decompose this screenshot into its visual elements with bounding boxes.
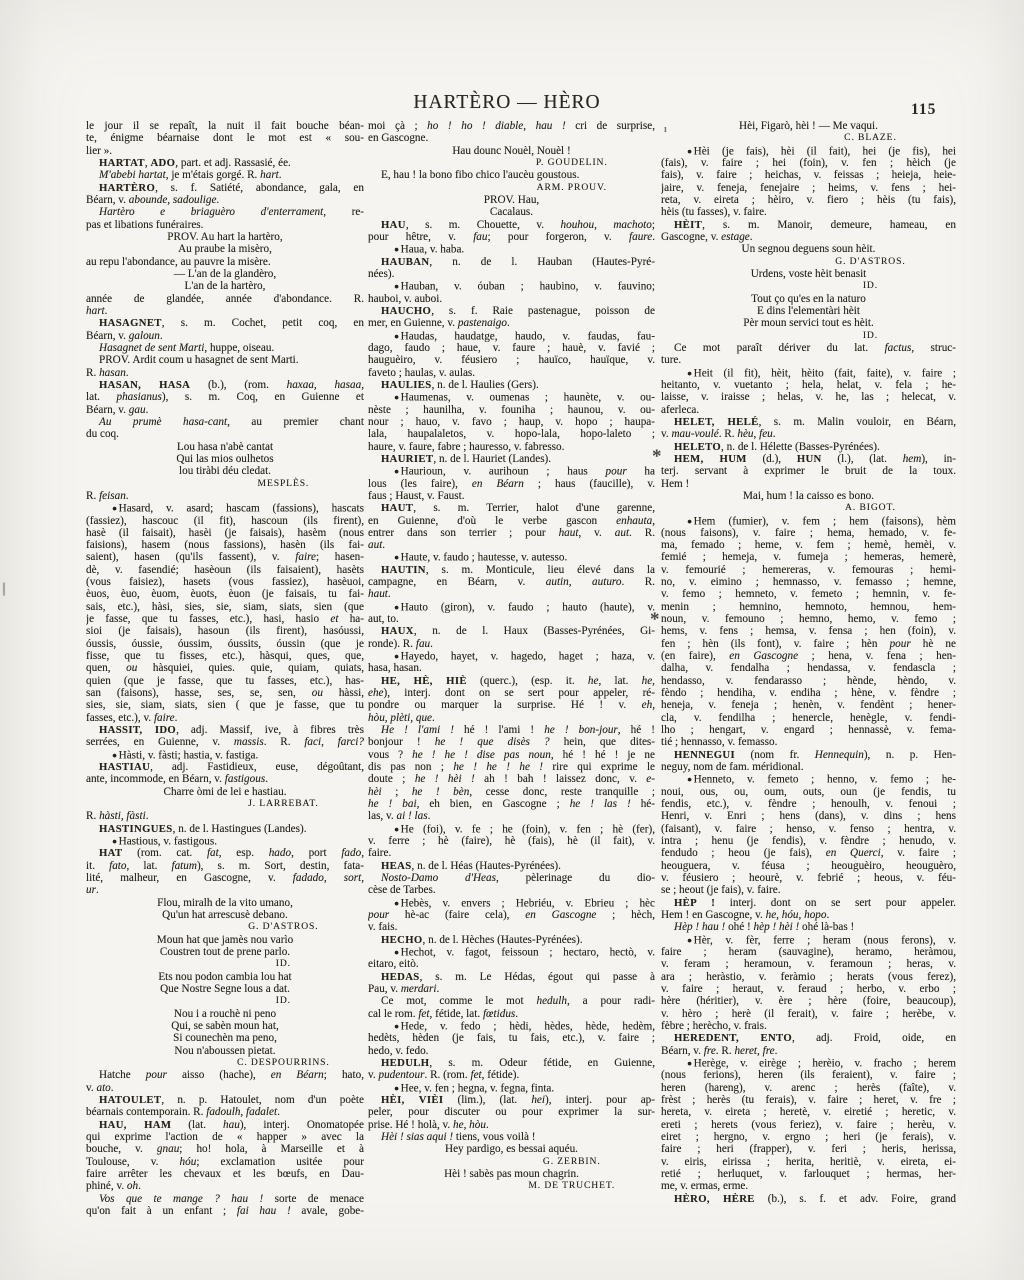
text-line: fèndo ; hendiha, v. endiha ; hène, v. fè… [661, 687, 956, 699]
text-line: tié ; hennasso, v. femasso. [661, 736, 956, 748]
text-line: pour hè-ac (faire cela), en Gascogne ; h… [368, 909, 655, 921]
text-line: Vos que te mange ? hau ! sorte de menace [86, 1193, 364, 1205]
text-line: Ets nou podon cambia lou hat [86, 971, 364, 983]
text-line: R. hàsti, fàsti. [86, 810, 364, 822]
text-line: Béarn, v. gau. [86, 404, 364, 416]
text-line: dalha, v. fendalha ; hendassa, v. fendas… [661, 662, 956, 674]
text-line: faire ; heram (sauvagine), heramo, heràm… [661, 946, 956, 958]
text-line: (nous faisons), v. faire ; hema, hemado,… [661, 527, 956, 539]
text-line: béarnais contemporain. R. fadoulh, fadal… [86, 1106, 364, 1118]
entry-bullet-icon: ● [381, 946, 399, 958]
text-line: no, v. eimino ; hemnasso, v. femasso ; h… [661, 576, 956, 588]
text-line: bonjour ! he ! que disès ? hein, que dit… [368, 736, 655, 748]
text-line: ●Hechot, v. fagot, feissoun ; hectaro, h… [368, 946, 655, 958]
text-line: ●Haumenas, v. oumenas ; haunète, v. ou- [368, 391, 655, 403]
text-line: v. ferre ; hè (faire), hè (fais), hè (il… [368, 835, 655, 847]
text-line: ture. [661, 354, 956, 366]
text-line: HAU, HAM (lat. hau), interj. Onomatopée [86, 1119, 364, 1131]
text-line: nées). [368, 268, 655, 280]
text-line: HARTAT, ADO, part. et adj. Rassasié, ée. [86, 157, 364, 169]
text-line: neguy, nom de fam. méridional. [661, 761, 956, 773]
text-line: ID. [86, 958, 364, 970]
text-line: Hatche pour aisso (hache), en Béarn; hat… [86, 1069, 364, 1081]
text-line: bouche, v. gnau; ho! hola, à Marseille e… [86, 1143, 364, 1155]
entry-bullet-icon: ● [674, 515, 692, 527]
text-line: PROV. Au hart la hartèro, [86, 231, 364, 243]
text-line: Flou, miralh de la vito umano, [86, 897, 364, 909]
text-line: HATOULET, n. p. Hatoulet, nom d'un poète [86, 1094, 364, 1106]
text-line: ●He (foi), v. fe ; he (foin), v. fen ; h… [368, 823, 655, 835]
entry-bullet-icon: ● [99, 502, 117, 514]
text-line: HASAN, HASA (b.), (rom. haxaa, hasaa, [86, 379, 364, 391]
text-line: doute ; he ! hèi ! ah ! bah ! laissez do… [368, 773, 655, 785]
text-line: HEDAS, s. m. Le Hédas, égout qui passe à [368, 971, 655, 983]
text-line: peler, pour discuter ou pour exprimer la… [368, 1106, 655, 1118]
text-line: v. femourié ; hemereras, v. femouras ; h… [661, 564, 956, 576]
text-line: HELET, HELÉ, s. m. Malin vouloir, en Béa… [661, 416, 956, 428]
text-line: entrer dans son terrier ; pour haut, v. … [368, 527, 655, 539]
text-line: heitanto, v. vuetanto ; hela, helat, v. … [661, 379, 956, 391]
text-line: M. DE TRUCHET. [368, 1180, 655, 1192]
text-line: nour ; hauo, v. favo ; haup, v. hopo ; h… [368, 416, 655, 428]
text-line: A. BIGOT. [661, 502, 956, 514]
text-line: HÈIT, s. m. Manoir, demeure, hameau, en [661, 219, 956, 231]
text-line: année de glandée, année d'abondance. R. [86, 293, 364, 305]
text-line: lou tiràbi déu cledat. [86, 465, 364, 477]
text-line: ●Hastious, v. fastigous. [86, 835, 364, 847]
text-line: Cacalaus. [368, 206, 655, 218]
text-line: noun, v. femouno ; hemno, hemo, v. femo … [661, 613, 956, 625]
text-line: HAUTIN, s. m. Monticule, lieu élevé dans… [368, 564, 655, 576]
text-line: en Gascogne. [368, 132, 655, 144]
text-line: ehe), interj. dont on se sert pour appel… [368, 687, 655, 699]
text-line: ●Heit (il fit), hèit, hèito (fait, faite… [661, 367, 956, 379]
text-line: femié ; hemeja, v. fumeja ; hemeras, hem… [661, 551, 956, 563]
text-line: ma, femado ; heme, v. fem ; hemè, hemèi,… [661, 539, 956, 551]
text-line: Hem ! en Gascogne, v. he, hóu, hopo. [661, 909, 956, 921]
text-line: jaire, v. feneja, fenejaire ; heims, v. … [661, 182, 956, 194]
text-line: v. féusiero ; heourè, v. febrié ; heous,… [661, 872, 956, 884]
text-line: hère (héritier), v. ère ; hère (foire, b… [661, 995, 956, 1007]
text-line: faisions), hasem (nous fassions), hasèn … [86, 539, 364, 551]
entry-bullet-icon: ● [99, 835, 117, 847]
text-line: HAUCHO, s. f. Raie pastenague, poisson d… [368, 305, 655, 317]
text-line: G. D'ASTROS. [86, 921, 364, 933]
entry-bullet-icon: ● [674, 1057, 692, 1069]
text-line: (en faire), en Gascogne ; hena, v. fena … [661, 650, 956, 662]
text-line: C. DESPOURRINS. [86, 1057, 364, 1069]
text-line: v. fais. [368, 921, 655, 933]
text-line: ●Hèr, v. fèr, ferre ; heram (nous ferons… [661, 934, 956, 946]
text-line: hauguèiro, v. féusiero ; hauïco, hauïque… [368, 354, 655, 366]
text-line: Gascogne, v. estage. [661, 231, 956, 243]
text-line: Lou hasa n'abè cantat [86, 441, 364, 453]
text-line: cal le rom. fet, fétide, lat. fœtidus. [368, 1008, 655, 1020]
entry-bullet-icon: ● [381, 391, 399, 403]
text-line: faire. [368, 847, 655, 859]
text-line: Coustren tout de prene parlo. [86, 946, 364, 958]
text-line: P. GOUDELIN. [368, 157, 655, 169]
text-line: Hasagnet de sent Marti, huppe, oiseau. [86, 342, 364, 354]
text-line: hereta, v. eireta ; heretè, v. eiretié ;… [661, 1106, 956, 1118]
text-line: HÈRO, HÈRE (b.), s. f. et adv. Foire, gr… [661, 1193, 956, 1205]
text-line: fais), v. faire ; heichas, v. feissas ; … [661, 169, 956, 181]
text-line: HELETO, n. de l. Hélette (Basses-Pyrénée… [661, 441, 956, 453]
text-line: je fasse, que tu fasses, etc.), hasi, ha… [86, 613, 364, 625]
text-line: hedèts, hèden (je fais, tu fais, etc.), … [368, 1032, 655, 1044]
text-line: Moun hat que jamès nou varìo [86, 934, 364, 946]
text-line: sies, sie, siam, siats, sien ( que je fa… [86, 699, 364, 711]
text-line: dago, faudo ; haue, v. faure ; hauè, v. … [368, 342, 655, 354]
text-line: hòu, plèti, que. [368, 712, 655, 724]
entry-bullet-icon: ● [381, 601, 399, 613]
text-line: ●Hasard, v. asard; hascam (fassions), ha… [86, 502, 364, 514]
text-line: laisse, v. iraisse ; helas, v. he, las ;… [661, 391, 956, 403]
text-line: nèste ; haunilha, v. founiha ; haunou, v… [368, 404, 655, 416]
text-line: R. feisan. [86, 490, 364, 502]
text-line: lala, haupalaletos, v. hopo-lala, hopo-l… [368, 428, 655, 440]
text-line: J. LARREBAT. [86, 798, 364, 810]
text-line: ante, incommode, en Béarn, v. fastigous. [86, 773, 364, 785]
text-line: R. hasan. [86, 367, 364, 379]
text-line: san (faisons), hasse, ses, se, sen, ou h… [86, 687, 364, 699]
text-line: te, énigme béarnaise dont le mot est « s… [86, 132, 364, 144]
text-line: lier ». [86, 145, 364, 157]
entry-bullet-icon: ● [381, 1020, 399, 1032]
text-line: (vous faisiez), hasets (vous fassiez), h… [86, 576, 364, 588]
text-line: v. eiris, eirissa ; herita, heritiè, v. … [661, 1156, 956, 1168]
text-line: reta, v. eireta ; hèiro, v. fiero ; hèis… [661, 194, 956, 206]
text-line: mer, en Guienne, v. pastenaigo. [368, 317, 655, 329]
text-line: HASAGNET, s. m. Cochet, petit coq, en [86, 317, 364, 329]
text-line: Ce mot paraît dériver du lat. factus, st… [661, 342, 956, 354]
text-line: (faisant), v. faire ; henso, v. fenso ; … [661, 823, 956, 835]
text-line: HAUBAN, n. de l. Hauban (Hautes-Pyré- [368, 256, 655, 268]
text-line: HAUT, s. m. Terrier, halot d'une garenne… [368, 502, 655, 514]
text-line: sais, etc.), hàsi, sies, sie, siam, siat… [86, 601, 364, 613]
page-header-title: HARTÈRO — HÈRO [0, 92, 1019, 114]
text-line: ●Haurioun, v. aurihoun ; haus pour ha [368, 465, 655, 477]
text-line: ●Hàsti, v. fàsti; hastia, v. fastiga. [86, 749, 364, 761]
text-line: E, hau ! la bono fibo chico l'aucèu gous… [368, 169, 655, 181]
text-line: ID. [86, 995, 364, 1007]
text-line: Qui las mios oulhetos [86, 453, 364, 465]
text-line: v. faire ; heraut, v. feraud ; herbo, v.… [661, 983, 956, 995]
text-line: óussis, óussie, óussim, óussits, óussin … [86, 638, 364, 650]
dictionary-column-1: le jour il se repaît, la nuit il fait bo… [86, 120, 364, 1217]
entry-bullet-icon: ● [381, 280, 399, 292]
text-line: cèse de Tarbes. [368, 884, 655, 896]
text-line: HENNEGUI (nom fr. Hennequin), n. p. Hen- [661, 749, 956, 761]
text-line: Hem ! [661, 478, 956, 490]
text-line: ID. [661, 280, 956, 292]
text-line: v. hèro ; herè (il ferait), v. faire ; h… [661, 1008, 956, 1020]
text-line: intra ; henu (je fendis), v. fèndre ; he… [661, 835, 956, 847]
text-line: Béarn, v. fre. R. heret, fre. [661, 1045, 956, 1057]
text-line: HEAS, n. de l. Héas (Hautes-Pyrénées). [368, 860, 655, 872]
text-line: retié ; herluquet, v. farlouquet ; herma… [661, 1168, 956, 1180]
text-line: Pau, v. merdari. [368, 983, 655, 995]
text-line: HAULIES, n. de l. Haulies (Gers). [368, 379, 655, 391]
page-number: 115 [911, 101, 936, 119]
text-line: E dins l'elementàri hèit [661, 305, 956, 317]
text-line: cla, v. fendilha ; henercle, henègle, v.… [661, 712, 956, 724]
entry-bullet-icon: ● [381, 1082, 399, 1094]
text-line: HÈI, VIÈI (lim.), (lat. hei), interj. po… [368, 1094, 655, 1106]
text-line: en Guienne, d'où le verbe gascon enhauta… [368, 515, 655, 527]
text-line: ●Henneto, v. femeto ; henno, v. femo ; h… [661, 773, 956, 785]
text-line: G. D'ASTROS. [661, 256, 956, 268]
text-line: fendudo ; heou (je fais), en Querci, v. … [661, 847, 956, 859]
text-line: HASTIAU, adj. Fastidieux, euse, dégoûtan… [86, 761, 364, 773]
text-line: ●Hauto (giron), v. faudo ; hauto (haute)… [368, 601, 655, 613]
text-line: hèi ; he ! bèn, cesse donc, reste tranqu… [368, 786, 655, 798]
entry-bullet-icon: ● [381, 897, 399, 909]
text-line: ARM. PROUV. [368, 182, 655, 194]
text-line: MESPLÈS. [86, 478, 364, 490]
text-line: Si counechèn ma peno, [86, 1032, 364, 1044]
text-line: qu'on fait à un enfant ; fai hau ! avale… [86, 1205, 364, 1217]
gutter-asterisk-bottom: * [650, 609, 660, 631]
entry-bullet-icon: ● [674, 367, 692, 379]
text-line: haut. [368, 588, 655, 600]
text-line: he ! bai, eh bien, en Gascogne ; he ! la… [368, 798, 655, 810]
text-line: faus ; Haust, v. Faust. [368, 490, 655, 502]
text-line: Hèi, Figarò, hèi ! — Me vaqui. [661, 120, 956, 132]
entry-bullet-icon: ● [381, 650, 399, 662]
text-line: HAURIET, n. de l. Hauriet (Landes). [368, 453, 655, 465]
text-line: ID. [661, 330, 956, 342]
text-line: M'abebi hartat, je m'étais gorgé. R. har… [86, 169, 364, 181]
text-line: ara ; heràstio, v. feràmio ; herats (vou… [661, 971, 956, 983]
text-line: sioi (je faisais), hasoun (ils firent), … [86, 625, 364, 637]
text-line: hems, v. fens ; hemsa, v. fensa ; hen (f… [661, 625, 956, 637]
text-line: ●Hede, v. fedo ; hèdi, hèdes, hède, hedè… [368, 1020, 655, 1032]
text-line: ●Haute, v. faudo ; hautesse, v. autesso. [368, 551, 655, 563]
text-line: v. feram ; heramoun, v. feramoun ; heras… [661, 958, 956, 970]
text-line: ronde). R. fau. [368, 638, 655, 650]
text-line: HAUX, n. de l. Haux (Basses-Pyrénées, Gi… [368, 625, 655, 637]
text-line: quien (que je fasse, que tu fasses, etc.… [86, 675, 364, 687]
text-line: heren (hareng), v. arenc ; herès (faîte)… [661, 1082, 956, 1094]
text-line: eiret ; hergno, v. ergno ; heri (je fera… [661, 1131, 956, 1143]
text-line: saient), hasen (qu'ils fassent), v. fair… [86, 551, 364, 563]
text-line: heneja, v. feneja ; henèn, v. fendènt ; … [661, 699, 956, 711]
text-line: Hèi ! sias aqui ! tiens, vous voilà ! [368, 1131, 655, 1143]
text-line: lho ; hengart, v. engard ; hennassè, v. … [661, 724, 956, 736]
text-line: ur. [86, 884, 364, 896]
text-line: ereti ; herets (vous feriez), v. faire ;… [661, 1119, 956, 1131]
entry-bullet-icon: ● [99, 749, 117, 761]
text-line: ●Hauban, v. óuban ; haubino, v. fauvino; [368, 280, 655, 292]
text-line: dis pas non ; he ! he ! he ! rire qui ex… [368, 761, 655, 773]
text-line: aferleca. [661, 404, 956, 416]
stray-ink-mark: ı [664, 124, 667, 135]
text-line: fèbre ; herècho, v. frais. [661, 1020, 956, 1032]
text-line: L'an de la hartèro, [86, 280, 364, 292]
text-line: hart. [86, 305, 364, 317]
text-line: v. femo ; hemneto, v. femeto ; hemnin, v… [661, 588, 956, 600]
text-line: hauboi, v. auboi. [368, 293, 655, 305]
text-line: HEREDENT, ENTO, adj. Froid, oide, en [661, 1032, 956, 1044]
text-line: Nou n'aboussen pietat. [86, 1045, 364, 1057]
text-line: terj. servant à exprimer le bruit de la … [661, 465, 956, 477]
text-line: noui, ous, ou, oum, outs, oun (je fendis… [661, 786, 956, 798]
text-line: frèst ; herès (tu ferais), v. faire ; he… [661, 1094, 956, 1106]
text-line: lité, malheur, en Gascogne, v. fadado, s… [86, 872, 364, 884]
text-line: Tout ço qu'es en la naturo [661, 293, 956, 305]
entry-bullet-icon: ● [674, 773, 692, 785]
entry-bullet-icon: ● [381, 330, 399, 342]
text-line: hedo, v. fedo. [368, 1045, 655, 1057]
text-line: pondre ou marquer la surprise. Hé ! v. e… [368, 699, 655, 711]
text-line: HECHO, n. de l. Hèches (Hautes-Pyrénées)… [368, 934, 655, 946]
gutter-asterisk-top: * [652, 446, 662, 468]
text-line: Au praube la misèro, [86, 243, 364, 255]
text-line: faire arrêter les chevaux et les bœufs, … [86, 1168, 364, 1180]
text-line: hasa, hasan. [368, 662, 655, 674]
text-line: HASTINGUES, n. de l. Hastingues (Landes)… [86, 823, 364, 835]
text-line: dè, v. fasendié; hasèoun (ils faisaient)… [86, 564, 364, 576]
text-line: le jour il se repaît, la nuit il fait bo… [86, 120, 364, 132]
text-line: Toulouse, v. hóu; exclamation usitée pou… [86, 1156, 364, 1168]
text-line: qui exprime l'action de « happer » avec … [86, 1131, 364, 1143]
edge-smudge: ▎ [3, 583, 11, 596]
text-line: v. mau-voulé. R. hèu, feu. [661, 428, 956, 440]
text-line: hasè (il faisait), hasèi (je faisais), h… [86, 527, 364, 539]
text-line: Que Nostre Segne lous a dat. [86, 983, 364, 995]
text-line: lat. phasianus), s. m. Coq, en Guienne e… [86, 391, 364, 403]
entry-bullet-icon: ● [381, 551, 399, 563]
text-line: (fais), v. faire ; hei (foin), v. fen ; … [661, 157, 956, 169]
text-line: Nosto-Damo d'Heas, pèlerinage du dio- [368, 872, 655, 884]
text-line: ●Haua, v. haba. [368, 243, 655, 255]
text-line: HEDULH, s. m. Odeur fétide, en Guienne, [368, 1057, 655, 1069]
text-line: quen, ou hàsquiei, quies. quie, quiam, q… [86, 662, 364, 674]
text-line: campagne, en Béarn, v. autin, auturo. R. [368, 576, 655, 588]
text-line: las, v. ai ! las. [368, 810, 655, 822]
text-line: hèis (tu fasses), v. faire. [661, 206, 956, 218]
text-line: PROV. Hau, [368, 194, 655, 206]
dictionary-column-3: Hèi, Figarò, hèi ! — Me vaqui.C. BLAZE.●… [661, 120, 956, 1205]
text-line: v. ato. [86, 1082, 364, 1094]
text-line: Qui, se sabèn moun hat, [86, 1020, 364, 1032]
text-line: fen ; hèn (ils font), v. faire ; hèn pou… [661, 638, 956, 650]
text-line: Henri, v. Enri ; hens (dans), v. dins ; … [661, 810, 956, 822]
text-line: phiné, v. oh. [86, 1180, 364, 1192]
text-line: èuos, èuo, èuom, èuots, èuon (je faisais… [86, 588, 364, 600]
text-line: Urdens, voste hèit benasit [661, 268, 956, 280]
text-line: ●Hèi (je fais), hèi (il fait), hei (je f… [661, 145, 956, 157]
text-line: pas et libations funéraires. [86, 219, 364, 231]
text-line: faire ; heri (frapper), v. feri ; heris,… [661, 1143, 956, 1155]
text-line: eitaro, eitò. [368, 958, 655, 970]
text-line: pour hêtre, v. fau; pour forgeron, v. fa… [368, 231, 655, 243]
text-line: lous (les faire), en Béarn ; haus (fauci… [368, 478, 655, 490]
text-line: faveto ; haulas, v. aulas. [368, 367, 655, 379]
text-line: me, v. ermas, erme. [661, 1180, 956, 1192]
text-line: it. fato, lat. fatum), s. m. Sort, desti… [86, 860, 364, 872]
text-line: prise. Hé ! holà, v. he, hòu. [368, 1119, 655, 1131]
text-line: serrées, en Guienne, v. massis. R. faci,… [86, 736, 364, 748]
text-line: fendis, etc.), v. fèndre ; henoulh, v. f… [661, 798, 956, 810]
text-line: Nou i a rouchè ni peno [86, 1008, 364, 1020]
text-line: du coq. [86, 428, 364, 440]
text-line: au repu l'abondance, au pauvre la misère… [86, 256, 364, 268]
text-line: (fassiez), hascouc (il fit), hascoun (il… [86, 515, 364, 527]
text-line: aut. [368, 539, 655, 551]
text-line: aut, to. [368, 613, 655, 625]
text-line: (nous ferions), heren (ils feraient), v.… [661, 1069, 956, 1081]
text-line: HASSIT, IDO, adj. Massif, ive, à fibres … [86, 724, 364, 736]
text-line: hendasso, v. fendarasso ; hènde, hèndo, … [661, 675, 956, 687]
text-line: v. pudentour. R. (rom. fet, fétide). [368, 1069, 655, 1081]
text-line: moi çà ; ho ! ho ! diable, hau ! cri de … [368, 120, 655, 132]
text-line: HE, HÈ, HIÈ (querc.), (esp. it. he, lat.… [368, 675, 655, 687]
entry-bullet-icon: ● [674, 145, 692, 157]
text-line: PROV. Ardit coum u hasagnet de sent Mart… [86, 354, 364, 366]
text-line: ●Hem (fumier), v. fem ; hem (faisons), h… [661, 515, 956, 527]
text-line: ●Herège, v. eirège ; herèio, v. fracho ;… [661, 1057, 956, 1069]
text-line: Hey pardigo, es bessai aquéu. [368, 1143, 655, 1155]
text-line: C. BLAZE. [661, 132, 956, 144]
entry-bullet-icon: ● [381, 823, 399, 835]
text-line: Qu'un hat arrescusè debano. [86, 909, 364, 921]
entry-bullet-icon: ● [381, 243, 399, 255]
text-line: heouguera, v. féusa ; heouguèiro, heougu… [661, 860, 956, 872]
text-line: Hèi ! sabès pas moun chagrin. [368, 1168, 655, 1180]
scan-page: HARTÈRO — HÈRO 115 le jour il se repaît,… [0, 0, 1024, 1280]
text-line: HAT (rom. cat. fat, esp. hado, port fado… [86, 847, 364, 859]
text-line: Hèp ! hau ! ohé ! hèp ! hèi ! ohé là-bas… [661, 921, 956, 933]
text-line: Pèr moun servici tout es hèit. [661, 317, 956, 329]
text-line: fisse, que tu fisses, etc.), hàsqui, que… [86, 650, 364, 662]
text-line: Un segnou deguens soun hèit. [661, 243, 956, 255]
text-line: He ! l'ami ! hé ! l'ami ! he ! bon-jour,… [368, 724, 655, 736]
text-line: ●Hebès, v. envers ; Hebriéu, v. Ebrieu ;… [368, 897, 655, 909]
text-line: ●Hee, v. fen ; hegna, v. fegna, finta. [368, 1082, 655, 1094]
text-line: se ; heout (je fais), v. faire. [661, 884, 956, 896]
text-line: HEM, HUM (d.), HUN (l.), (lat. hem), in- [661, 453, 956, 465]
text-line: Mai, hum ! la caisso es bono. [661, 490, 956, 502]
text-line: ●Hayedo, hayet, v. hagedo, haget ; haza,… [368, 650, 655, 662]
text-line: vous ? he ! he ! dise pas noun, hé ! hé … [368, 749, 655, 761]
text-line: HAU, s. m. Chouette, v. houhou, machoto; [368, 219, 655, 231]
text-line: Béarn, v. galoun. [86, 330, 364, 342]
text-line: G. ZERBIN. [368, 1156, 655, 1168]
text-line: ●Haudas, haudatge, haudo, v. faudas, fau… [368, 330, 655, 342]
text-line: Hartèro e briaguèro d'enterrament, re- [86, 206, 364, 218]
text-line: menin ; hemnino, hemnoto, hemnou, hem- [661, 601, 956, 613]
text-line: HÈP ! interj. dont on se sert pour appel… [661, 897, 956, 909]
entry-bullet-icon: ● [381, 465, 399, 477]
text-line: fasses, etc.), v. faire. [86, 712, 364, 724]
text-line: — L'an de la glandèro, [86, 268, 364, 280]
text-line: haure, v. faure, fabre ; hauresso, v. fa… [368, 441, 655, 453]
text-line: Au prumè hasa-cant, au premier chant [86, 416, 364, 428]
text-line: Ce mot, comme le mot hedulh, a pour radi… [368, 995, 655, 1007]
entry-bullet-icon: ● [674, 934, 692, 946]
text-line: Béarn, v. abounde, sadoulige. [86, 194, 364, 206]
text-line: HARTÈRO, s. f. Satiété, abondance, gala,… [86, 182, 364, 194]
text-line: Hau dounc Nouèl, Nouèl ! [368, 145, 655, 157]
text-line: Charre òmi de lei e hastiau. [86, 786, 364, 798]
dictionary-column-2: moi çà ; ho ! ho ! diable, hau ! cri de … [368, 120, 655, 1193]
